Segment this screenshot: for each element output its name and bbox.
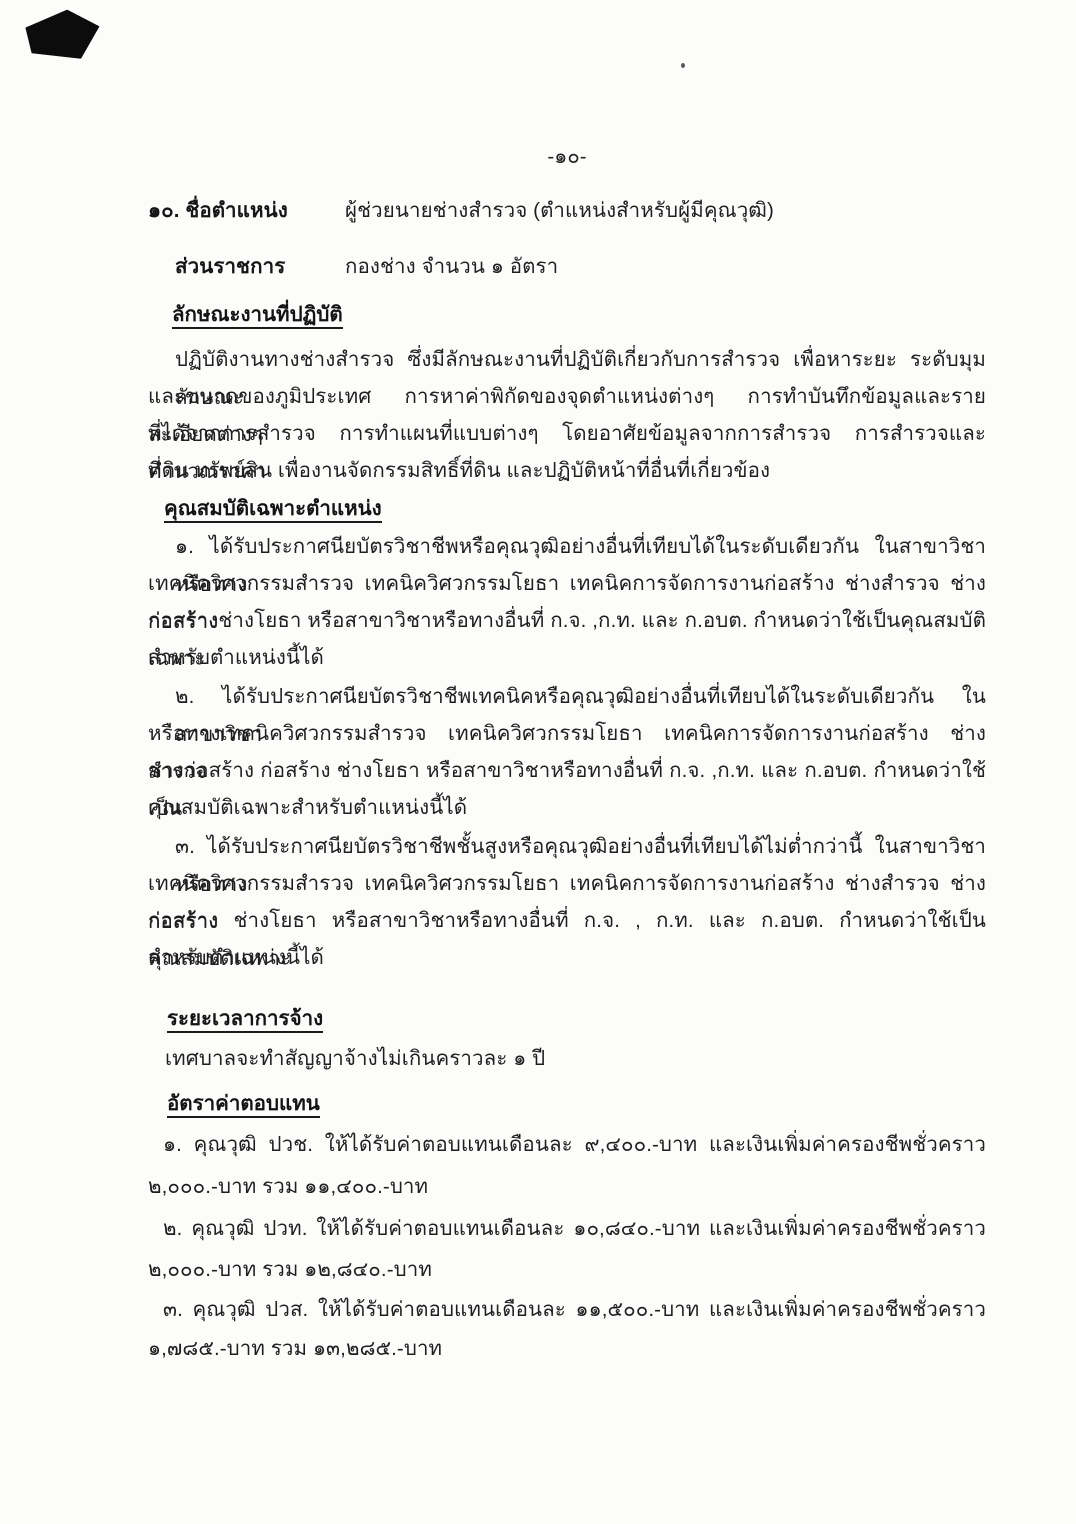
department-value: กองช่าง จำนวน ๑ อัตรา (345, 248, 985, 286)
compensation-item-line: ๑. คุณวุฒิ ปวช. ให้ได้รับค่าตอบแทนเดือนล… (163, 1126, 986, 1164)
duties-heading-text: ลักษณะงานที่ปฏิบัติ (172, 303, 343, 329)
position-value: ผู้ช่วยนายช่างสำรวจ (ตำแหน่งสำหรับผู้มีค… (345, 192, 985, 230)
qualifications-heading-text: คุณสมบัติเฉพาะตำแหน่ง (164, 497, 382, 523)
page-content: -๑๐- ๑๐. ชื่อตำแหน่ง ผู้ช่วยนายช่างสำรวจ… (148, 0, 986, 1524)
qualification-item-line: สำหรับตำแหน่งนี้ได้ (148, 639, 986, 677)
employment-line: เทศบาลจะทำสัญญาจ้างไม่เกินคราวละ ๑ ปี (165, 1040, 1003, 1078)
scan-corner-artifact (24, 7, 101, 62)
qualification-item-line: คุณสมบัติเฉพาะสำหรับตำแหน่งนี้ได้ (148, 789, 986, 827)
duties-heading: ลักษณะงานที่ปฏิบัติ (172, 296, 343, 334)
qualifications-heading: คุณสมบัติเฉพาะตำแหน่ง (164, 490, 382, 528)
compensation-item-line: ๑,๗๘๕.-บาท รวม ๑๓,๒๘๕.-บาท (148, 1330, 986, 1368)
compensation-heading: อัตราค่าตอบแทน (167, 1085, 320, 1123)
compensation-item-line: ๓. คุณวุฒิ ปวส. ให้ได้รับค่าตอบแทนเดือนล… (163, 1291, 986, 1329)
qualification-item-line: สำหรับตำแหน่งนี้ได้ (148, 939, 986, 977)
compensation-item-line: ๒,๐๐๐.-บาท รวม ๑๑,๔๐๐.-บาท (148, 1168, 986, 1206)
document-page: -๑๐- ๑๐. ชื่อตำแหน่ง ผู้ช่วยนายช่างสำรวจ… (0, 0, 1076, 1524)
employment-heading: ระยะเวลาการจ้าง (167, 1000, 323, 1038)
duties-line: ที่ดิน ทรัพย์สิน เพื่องานจัดกรรมสิทธิ์ที… (148, 452, 986, 490)
employment-heading-text: ระยะเวลาการจ้าง (167, 1007, 323, 1033)
compensation-heading-text: อัตราค่าตอบแทน (167, 1092, 320, 1118)
compensation-item-line: ๒,๐๐๐.-บาท รวม ๑๒,๘๔๐.-บาท (148, 1251, 986, 1289)
page-number: -๑๐- (148, 142, 986, 172)
compensation-item-line: ๒. คุณวุฒิ ปวท. ให้ได้รับค่าตอบแทนเดือนล… (163, 1210, 986, 1248)
